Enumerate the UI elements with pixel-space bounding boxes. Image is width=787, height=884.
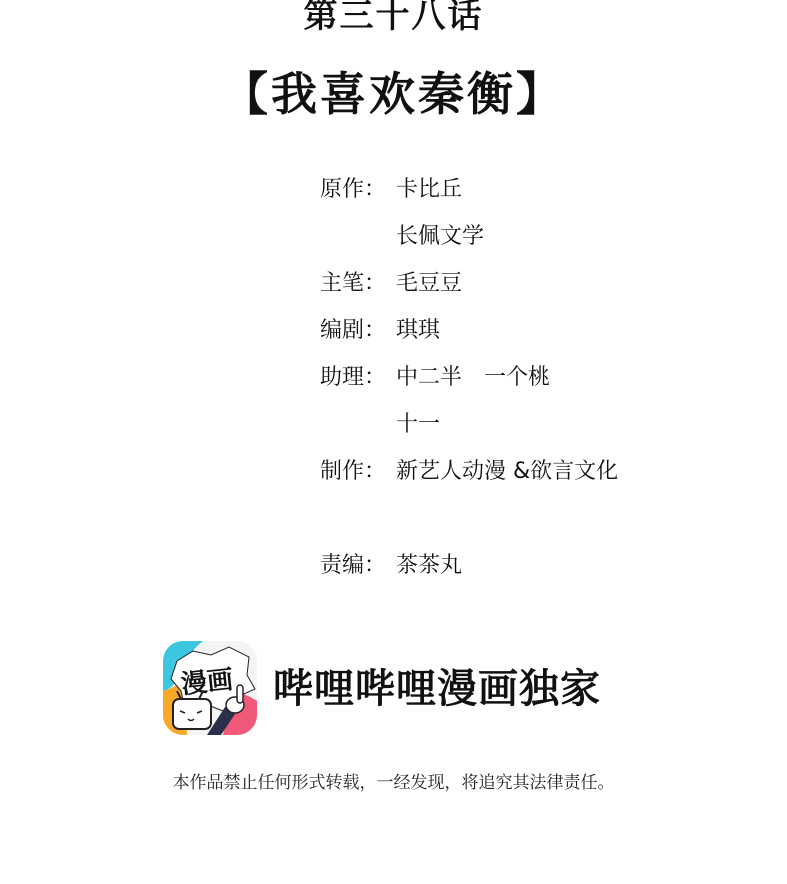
credit-value: 琪琪 (396, 316, 440, 346)
chapter-number: 第三十八话 (0, 0, 787, 36)
credit-value: 茶茶丸 (396, 551, 462, 581)
credit-value: 十一 (396, 410, 440, 440)
brand-banner: 漫画 哔哩哔哩漫画独家 (163, 641, 633, 737)
credit-label: 责编： (320, 551, 396, 581)
credit-value: 卡比丘 (396, 175, 462, 205)
credit-value: 毛豆豆 (396, 269, 462, 299)
credit-label: 助理： (320, 363, 396, 393)
credit-value: 新艺人动漫 &欲言文化 (396, 457, 618, 487)
credit-label: 主笔： (320, 269, 396, 299)
bilibili-manga-app-icon: 漫画 (163, 641, 257, 735)
credit-label: 原作： (320, 175, 396, 205)
copyright-notice: 本作品禁止任何形式转载，一经发现，将追究其法律责任。 (0, 771, 787, 795)
chapter-title: 【我喜欢秦衡】 (0, 66, 787, 122)
credit-label: 编剧： (320, 316, 396, 346)
svg-text:漫画: 漫画 (180, 665, 235, 700)
credit-value: 中二半 一个桃 (396, 363, 550, 393)
brand-exclusive-text: 哔哩哔哩漫画独家 (273, 665, 601, 713)
credit-label: 制作： (320, 457, 396, 487)
credit-value: 长佩文学 (396, 222, 484, 252)
